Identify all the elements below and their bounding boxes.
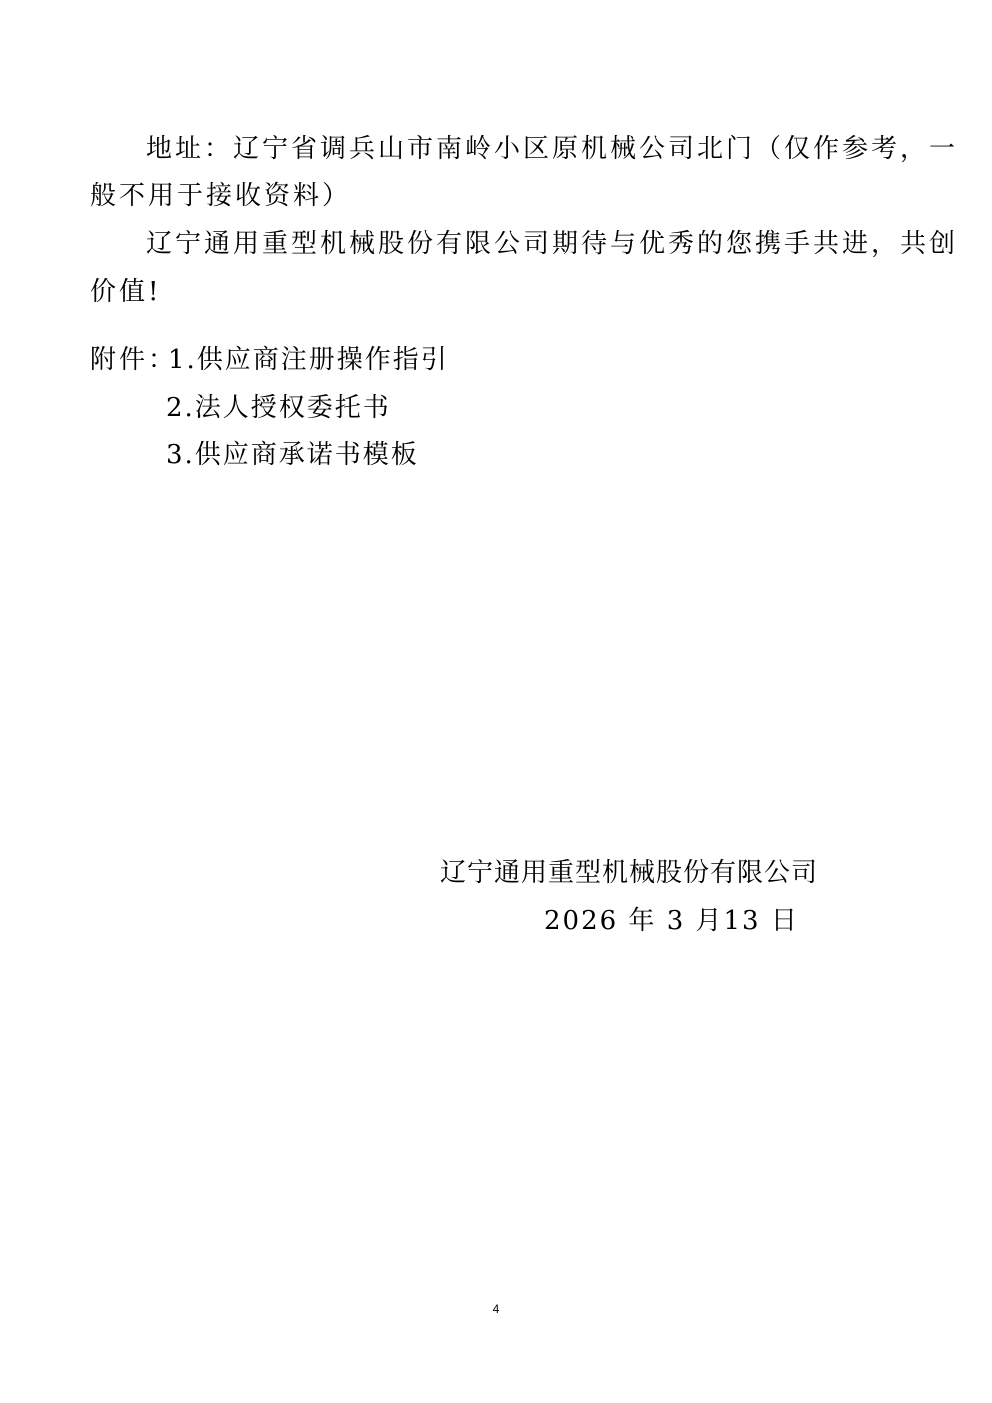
attachments-label: 附件：: [90, 345, 177, 375]
closing-paragraph-line2: 价值!: [90, 277, 161, 307]
attachment-item-1: 1.供应商注册操作指引: [168, 345, 449, 375]
signature-company: 辽宁通用重型机械股份有限公司: [440, 858, 818, 888]
closing-paragraph-line1: 辽宁通用重型机械股份有限公司期待与优秀的您携手共进，共创: [146, 229, 958, 259]
signature-date: 2026 年 3 月13 日: [544, 906, 799, 936]
attachment-item-2: 2.法人授权委托书: [166, 393, 391, 423]
attachment-item-3: 3.供应商承诺书模板: [166, 440, 419, 470]
address-paragraph-line2: 般不用于接收资料）: [90, 181, 351, 211]
page-number: 4: [0, 1302, 992, 1316]
address-paragraph-line1: 地址：辽宁省调兵山市南岭小区原机械公司北门（仅作参考，一: [146, 134, 958, 164]
